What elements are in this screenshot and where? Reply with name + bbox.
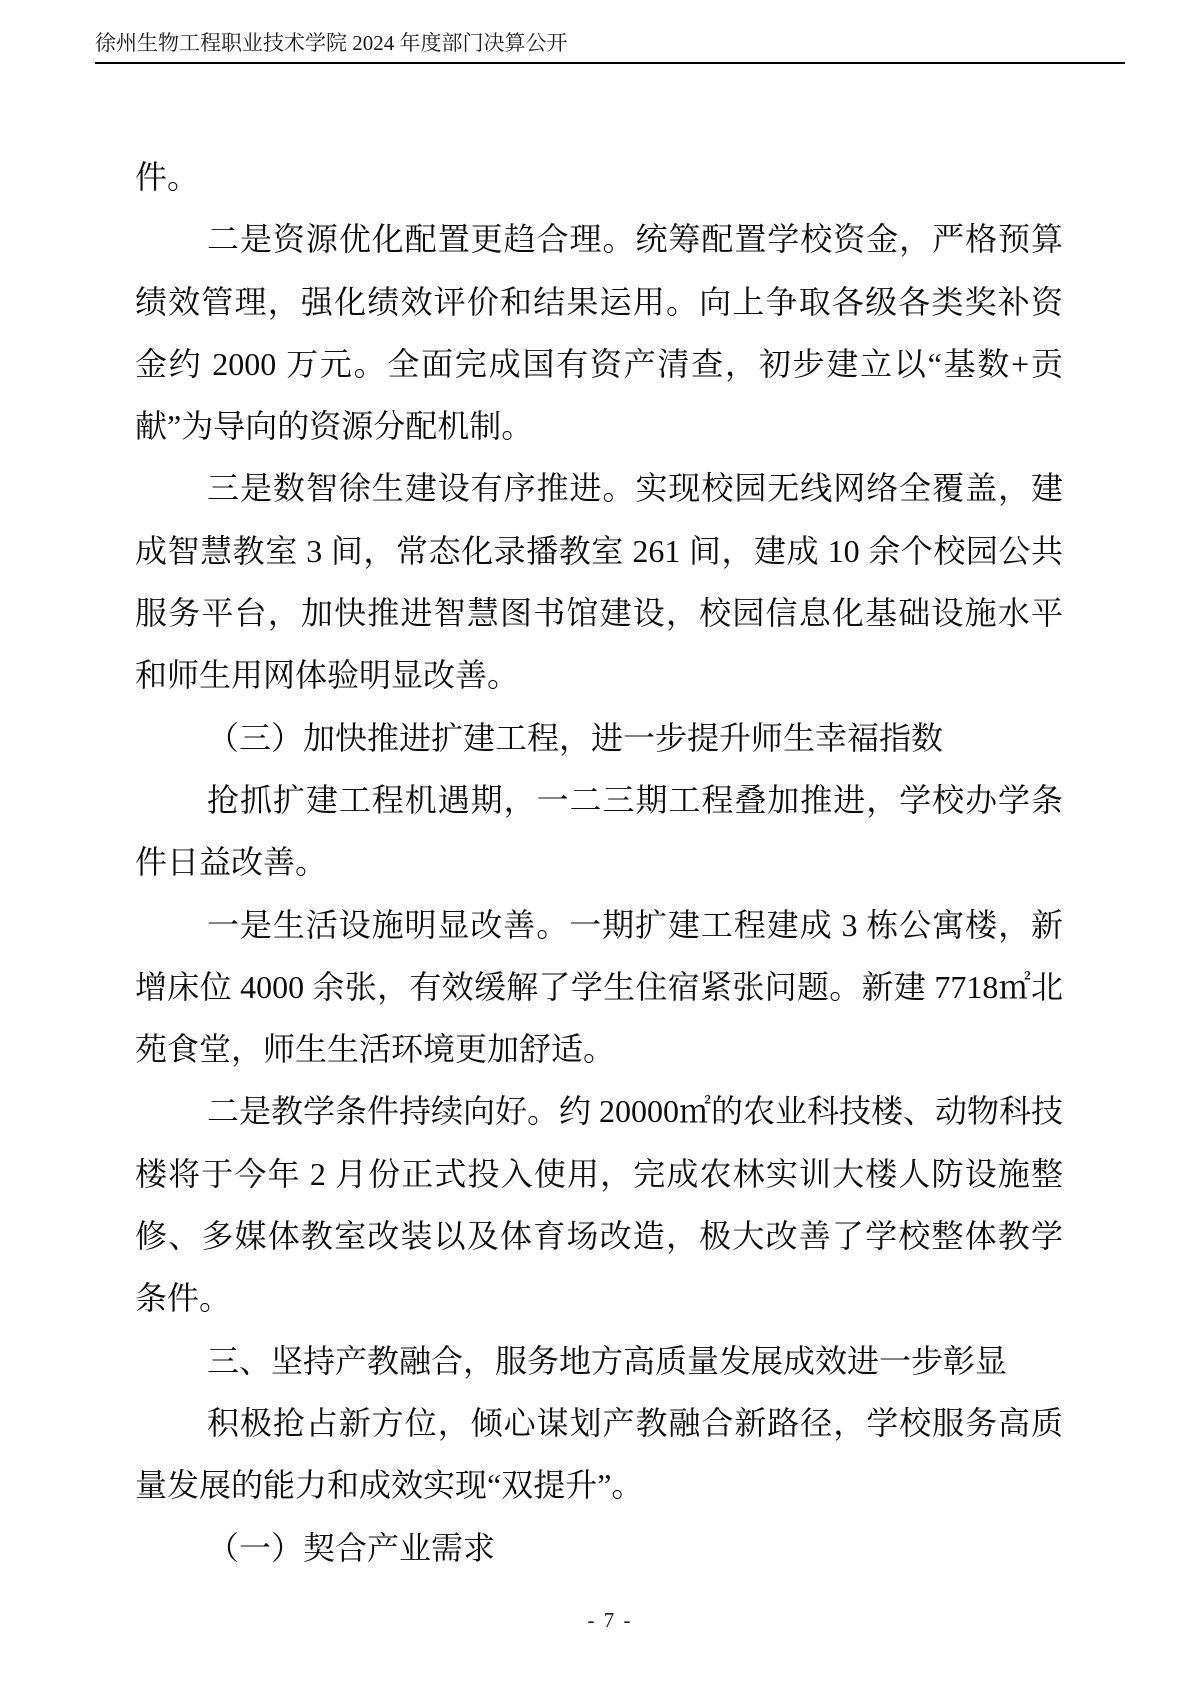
text-line: （三）加快推进扩建工程，进一步提升师生幸福指数	[135, 707, 1063, 769]
document-page: 徐州生物工程职业技术学院 2024 年度部门决算公开 件。二是资源优化配置更趋合…	[0, 0, 1191, 1684]
text-line: （一）契合产业需求	[135, 1517, 1063, 1579]
text-line: 条件。	[135, 1267, 1063, 1329]
text-line: 一是生活设施明显改善。一期扩建工程建成 3 栋公寓楼，新	[135, 894, 1063, 956]
text-line: 成智慧教室 3 间，常态化录播教室 261 间，建成 10 余个校园公共	[135, 520, 1063, 582]
text-line: 二是资源优化配置更趋合理。统筹配置学校资金，严格预算	[135, 208, 1063, 270]
text-line: 绩效管理，强化绩效评价和结果运用。向上争取各级各类奖补资	[135, 271, 1063, 333]
text-line: 献”为导向的资源分配机制。	[135, 395, 1063, 457]
text-line: 积极抢占新方位，倾心谋划产教融合新路径，学校服务高质	[135, 1392, 1063, 1454]
text-line: 件日益改善。	[135, 831, 1063, 893]
text-line: 修、多媒体教室改装以及体育场改造，极大改善了学校整体教学	[135, 1205, 1063, 1267]
page-number: - 7 -	[588, 1608, 633, 1632]
text-line: 楼将于今年 2 月份正式投入使用，完成农林实训大楼人防设施整	[135, 1143, 1063, 1205]
text-line: 件。	[135, 146, 1063, 208]
document-body: 件。二是资源优化配置更趋合理。统筹配置学校资金，严格预算绩效管理，强化绩效评价和…	[135, 146, 1063, 1579]
text-line: 三、坚持产教融合，服务地方高质量发展成效进一步彰显	[135, 1330, 1063, 1392]
text-line: 苑食堂，师生生活环境更加舒适。	[135, 1018, 1063, 1080]
text-line: 量发展的能力和成效实现“双提升”。	[135, 1454, 1063, 1516]
text-line: 抢抓扩建工程机遇期，一二三期工程叠加推进，学校办学条	[135, 769, 1063, 831]
text-line: 二是教学条件持续向好。约 20000㎡的农业科技楼、动物科技	[135, 1080, 1063, 1142]
text-line: 三是数智徐生建设有序推进。实现校园无线网络全覆盖，建	[135, 457, 1063, 519]
text-line: 增床位 4000 余张，有效缓解了学生住宿紧张问题。新建 7718㎡北	[135, 956, 1063, 1018]
page-header: 徐州生物工程职业技术学院 2024 年度部门决算公开	[95, 30, 1125, 64]
text-line: 服务平台，加快推进智慧图书馆建设，校园信息化基础设施水平	[135, 582, 1063, 644]
header-title: 徐州生物工程职业技术学院 2024 年度部门决算公开	[95, 31, 568, 55]
text-line: 金约 2000 万元。全面完成国有资产清查，初步建立以“基数+贡	[135, 333, 1063, 395]
page-footer: - 7 -	[95, 1608, 1125, 1633]
text-line: 和师生用网体验明显改善。	[135, 644, 1063, 706]
